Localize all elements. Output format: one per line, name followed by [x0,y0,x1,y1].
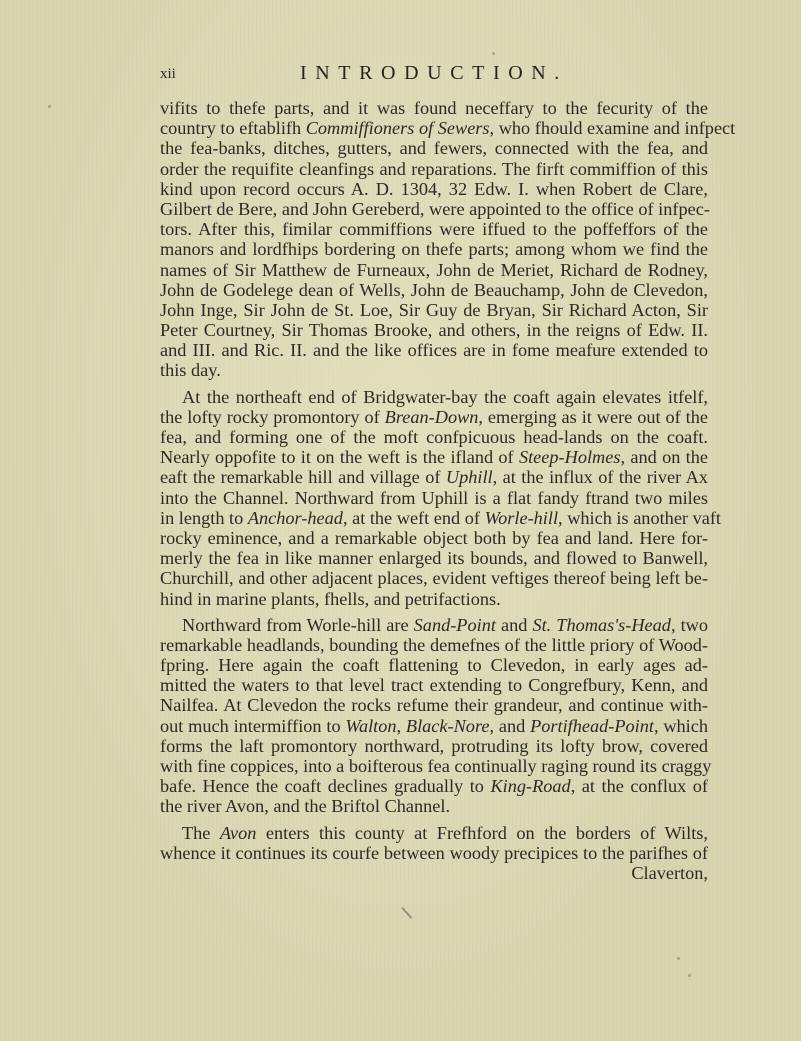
text-run: into the Channel. Northward from Uphill … [160,488,708,508]
text-line: order the requifite cleanfings and repar… [160,159,708,179]
italic-place-name: Portifhead-Point [530,716,654,736]
text-run: the lofty rocky promontory of [160,407,385,427]
text-run: order the requifite cleanfings and repar… [160,159,708,179]
italic-place-name: Walton [345,716,396,736]
text-run: fea, and forming one of the moft confpic… [160,427,708,447]
italic-place-name: Worle-hill [485,508,558,528]
text-run: vifits to thefe parts, and it was found … [160,98,708,118]
text-line: into the Channel. Northward from Uphill … [160,488,708,508]
text-run: , at the conflux of [571,776,708,796]
text-run: rocky eminence, and a remarkable object … [160,528,708,548]
text-line: forms the laft promontory northward, pro… [160,736,708,756]
text-line: Gilbert de Bere, and John Gereberd, were… [160,199,708,219]
text-line: with fine coppices, into a boifterous fe… [160,756,708,776]
text-run: The [182,823,220,843]
page-title: INTRODUCTION. [300,62,568,85]
text-run: , and [490,716,531,736]
text-line: merly the fea in like manner enlarged it… [160,548,708,568]
text-run: manors and lordfhips bordering on thefe … [160,239,708,259]
italic-place-name: Commiffioners of Sewers [306,118,490,138]
text-run: mitted the waters to that level tract ex… [160,675,708,695]
text-run: At the northeaft end of Bridgwater-bay t… [182,387,708,407]
text-line: Northward from Worle-hill are Sand-Point… [160,615,708,635]
italic-place-name: Sand-Point [414,615,496,635]
text-line: At the northeaft end of Bridgwater-bay t… [160,387,708,407]
italic-place-name: Avon [220,823,257,843]
text-run: out much intermiffion to [160,716,345,736]
text-line: Peter Courtney, Sir Thomas Brooke, and o… [160,320,708,340]
text-line: the river Avon, and the Briftol Channel. [160,796,708,816]
italic-place-name: Steep-Holmes [519,447,621,467]
text-line: Nailfea. At Clevedon the rocks refume th… [160,695,708,715]
text-line: eaft the remarkable hill and village of … [160,467,708,487]
text-line: fea, and forming one of the moft confpic… [160,427,708,447]
catchword: Claverton, [160,863,708,883]
text-line: remarkable headlands, bounding the demef… [160,635,708,655]
text-run: this day. [160,360,221,380]
italic-place-name: Uphill [446,467,493,487]
text-run: John de Godelege dean of Wells, John de … [160,280,708,300]
text-run: Nailfea. At Clevedon the rocks refume th… [160,695,708,715]
text-line: names of Sir Matthew de Furneaux, John d… [160,260,708,280]
paper-speck [677,957,680,960]
text-line: hind in marine plants, fhells, and petri… [160,589,708,609]
text-run: bafe. Hence the coaft declines gradually… [160,776,490,796]
text-line: in length to Anchor-head, at the weft en… [160,508,708,528]
paper-speck [48,105,51,108]
text-line: this day. [160,360,708,380]
text-run: Churchill, and other adjacent places, ev… [160,568,708,588]
paper-speck [492,52,495,55]
text-run: fpring. Here again the coaft flattening … [160,655,708,675]
text-run: the fea-banks, ditches, gutters, and few… [160,138,708,158]
text-line: vifits to thefe parts, and it was found … [160,98,708,118]
text-line: country to eftablifh Commiffioners of Se… [160,118,708,138]
text-line: The Avon enters this county at Frefhford… [160,823,708,843]
text-run: , which [654,716,708,736]
italic-place-name: King-Road [490,776,570,796]
italic-place-name: Black-Nore [406,716,490,736]
text-line: the lofty rocky promontory of Brean-Down… [160,407,708,427]
text-run: , [397,716,406,736]
text-line: rocky eminence, and a remarkable object … [160,528,708,548]
text-run: remarkable headlands, bounding the demef… [160,635,708,655]
text-run: , and on the [620,447,708,467]
text-run: , which is another vaft [558,508,721,528]
text-run: , at the weft end of [343,508,485,528]
text-line: mitted the waters to that level tract ex… [160,675,708,695]
text-run: Northward from Worle-hill are [182,615,414,635]
text-line: kind upon record occurs A. D. 1304, 32 E… [160,179,708,199]
text-run: names of Sir Matthew de Furneaux, John d… [160,260,708,280]
book-page: xii INTRODUCTION. vifits to thefe parts,… [0,0,801,1041]
text-line: and III. and Ric. II. and the like offic… [160,340,708,360]
paper-speck [688,974,691,977]
text-run: hind in marine plants, fhells, and petri… [160,589,501,609]
text-run: enters this county at Frefhford on the b… [256,823,708,843]
text-line: whence it continues its courfe between w… [160,843,708,863]
text-run: , emerging as it were out of the [478,407,708,427]
text-run: John Inge, Sir John de St. Loe, Sir Guy … [160,300,708,320]
text-run: whence it continues its courfe between w… [160,843,708,863]
text-line: out much intermiffion to Walton, Black-N… [160,716,708,736]
text-line: John Inge, Sir John de St. Loe, Sir Guy … [160,300,708,320]
text-run: , at the influx of the river Ax [493,467,708,487]
text-run: eaft the remarkable hill and village of [160,467,446,487]
text-run: and III. and Ric. II. and the like offic… [160,340,708,360]
text-run: Peter Courtney, Sir Thomas Brooke, and o… [160,320,708,340]
text-run: merly the fea in like manner enlarged it… [160,548,708,568]
text-run: Nearly oppofite to it on the weft is the… [160,447,519,467]
running-head: xii INTRODUCTION. [160,62,710,88]
text-run: , two [671,615,708,635]
text-run: Gilbert de Bere, and John Gereberd, were… [160,199,710,219]
text-line: Nearly oppofite to it on the weft is the… [160,447,708,467]
text-line: John de Godelege dean of Wells, John de … [160,280,708,300]
page-number: xii [160,66,176,83]
text-run: and [496,615,533,635]
text-line: the fea-banks, ditches, gutters, and few… [160,138,708,158]
text-run: country to eftablifh [160,118,306,138]
text-line: manors and lordfhips bordering on thefe … [160,239,708,259]
text-line: Churchill, and other adjacent places, ev… [160,568,708,588]
text-run: in length to [160,508,248,528]
italic-place-name: Anchor-head [248,508,343,528]
italic-place-name: St. Thomas's-Head [532,615,670,635]
text-line: fpring. Here again the coaft flattening … [160,655,708,675]
text-run: tors. After this, fimilar commiffions we… [160,219,708,239]
text-line: bafe. Hence the coaft declines gradually… [160,776,708,796]
text-run: the river Avon, and the Briftol Channel. [160,796,450,816]
italic-place-name: Brean-Down [385,407,479,427]
pencil-mark [402,907,412,918]
text-run: , who fhould examine and infpect [490,118,736,138]
text-run: with fine coppices, into a boifterous fe… [160,756,711,776]
body-text: vifits to thefe parts, and it was found … [160,98,708,883]
text-run: forms the laft promontory northward, pro… [160,736,708,756]
text-line: tors. After this, fimilar commiffions we… [160,219,708,239]
text-run: kind upon record occurs A. D. 1304, 32 E… [160,179,708,199]
